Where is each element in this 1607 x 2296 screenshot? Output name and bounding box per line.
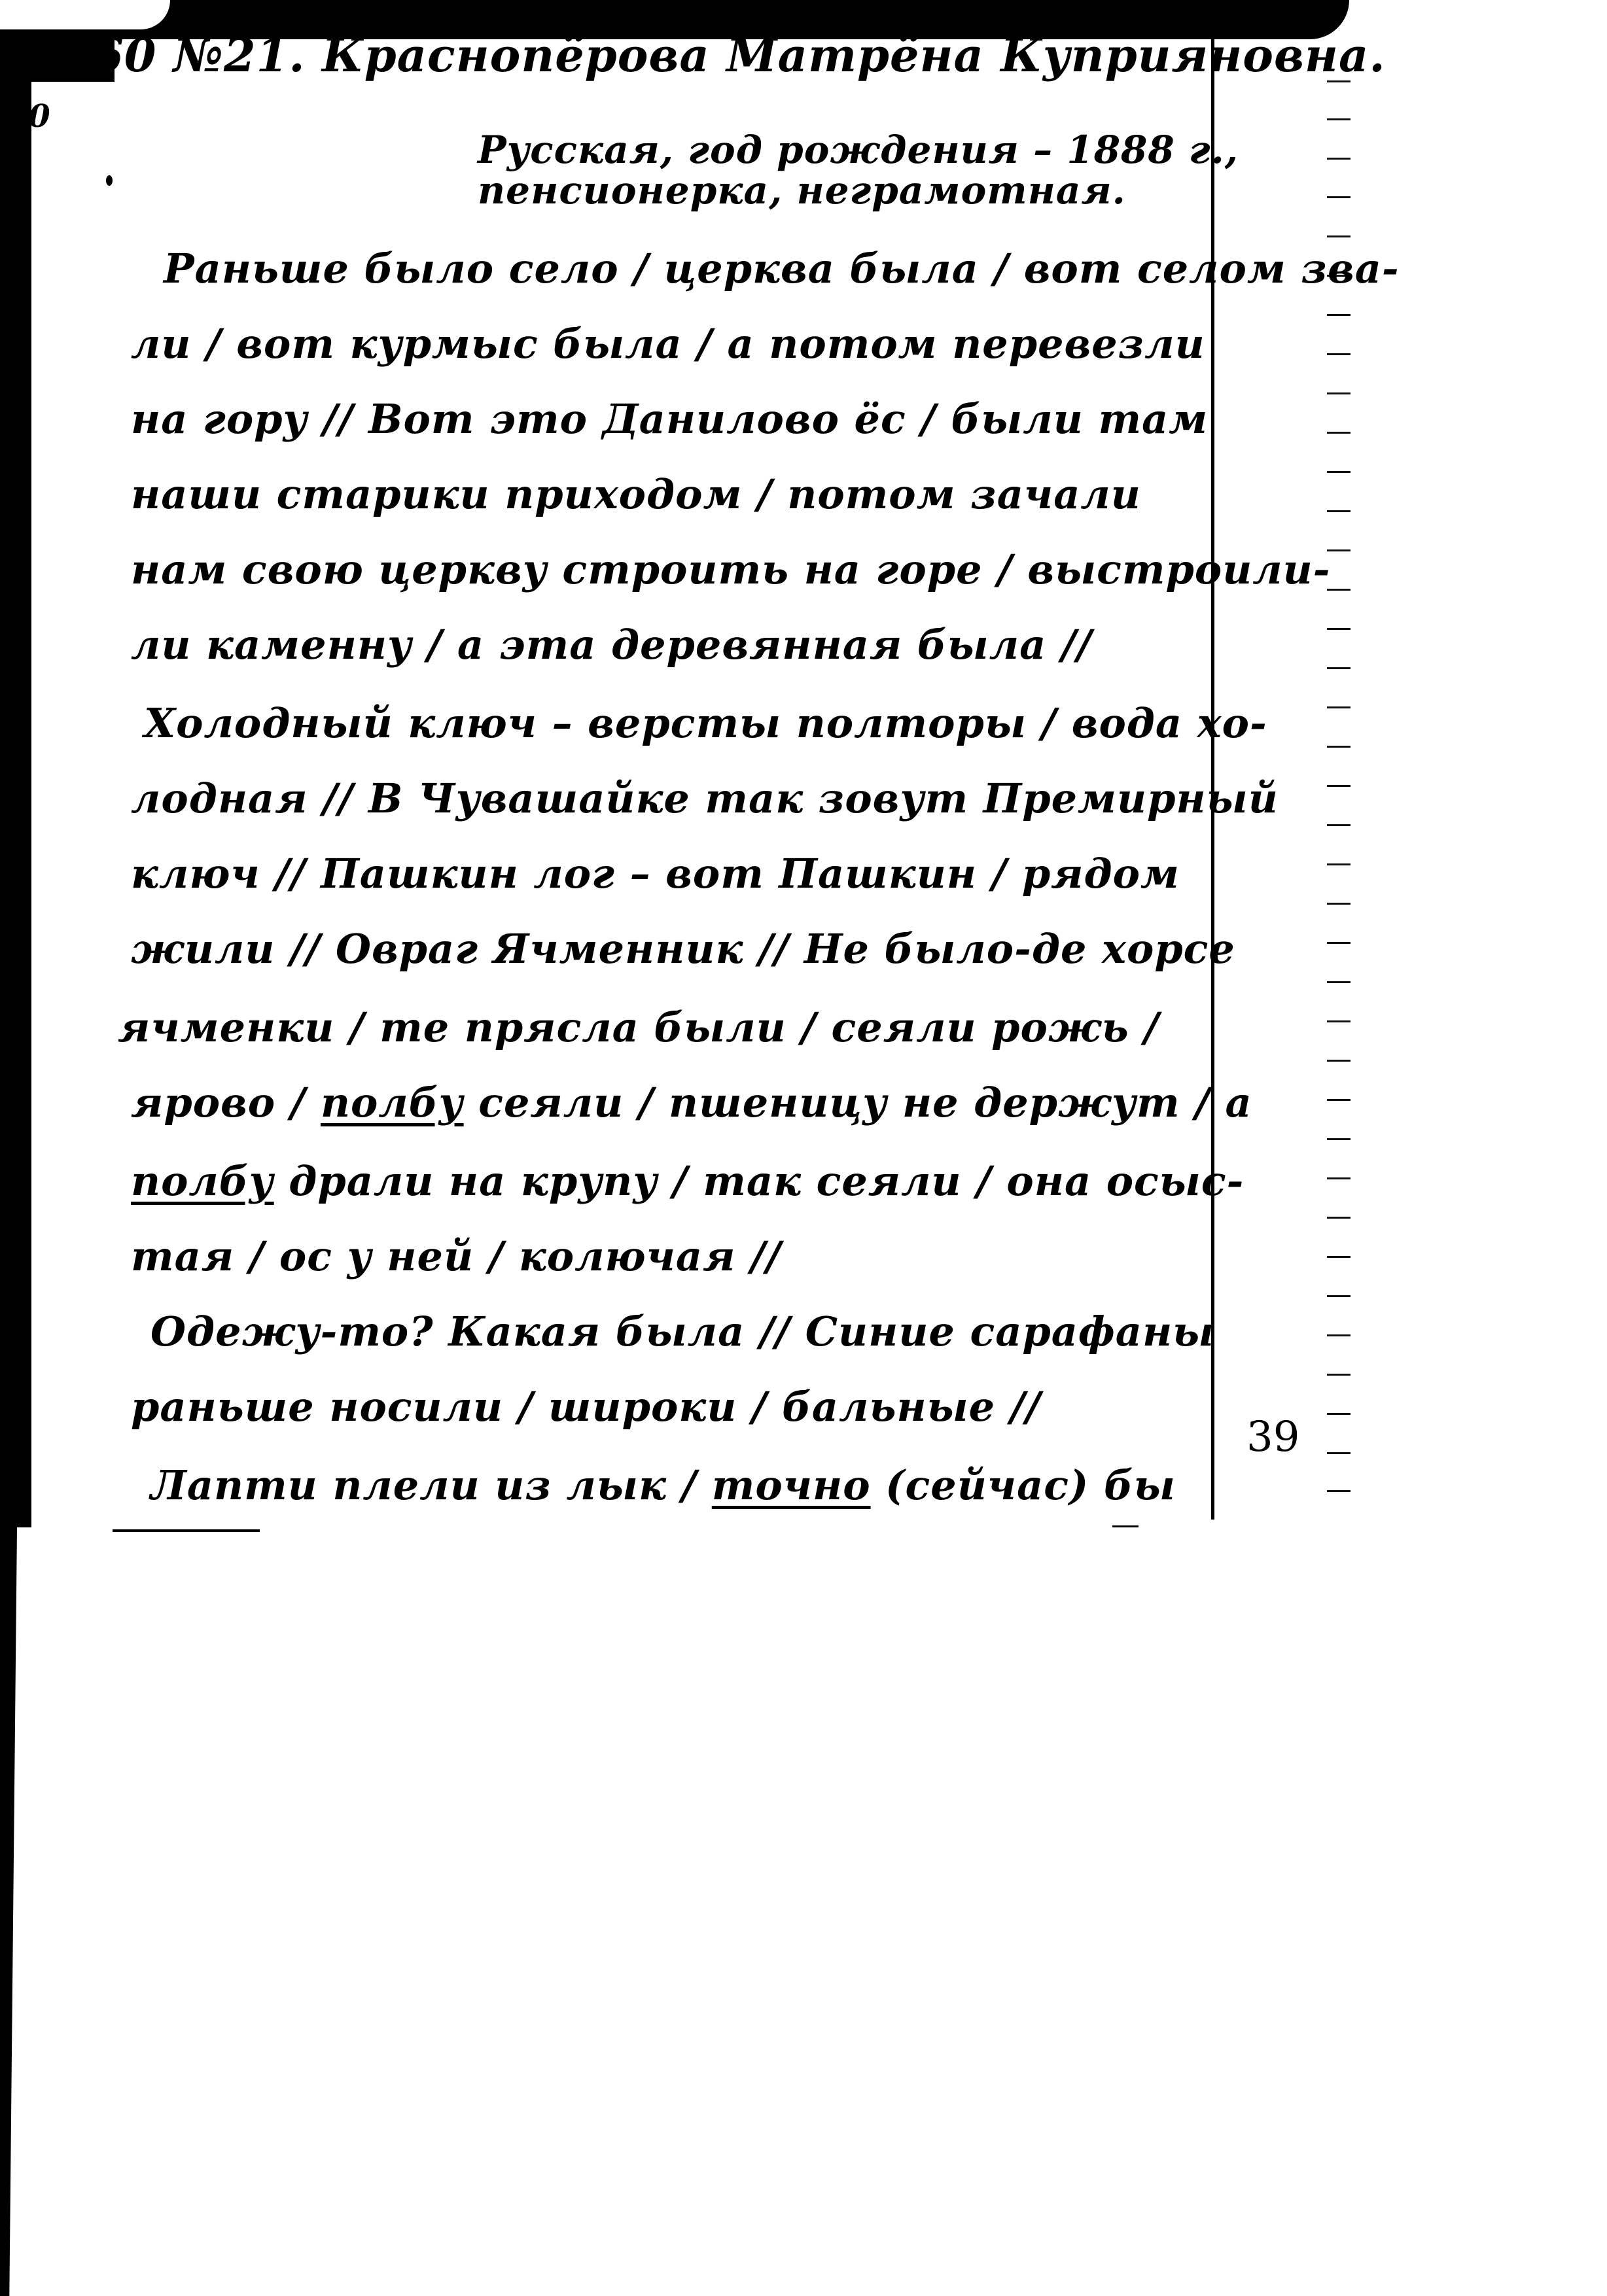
ruling-tick <box>1327 1452 1351 1454</box>
ruling-tick <box>1327 1177 1351 1179</box>
ruling-tick <box>1327 392 1351 394</box>
ruling-tick <box>1327 1413 1351 1415</box>
ruling-tick <box>1327 235 1351 237</box>
ruling-tick <box>1327 1217 1351 1219</box>
ink-dot <box>106 175 113 186</box>
ruling-tick <box>1327 1020 1351 1022</box>
transcript-line: ярово / полбу сеяли / пшеницу не держут … <box>131 1083 1252 1123</box>
ruling-tick <box>1327 118 1351 120</box>
ruling-tick <box>1327 510 1351 512</box>
document-title: 60 №21. Краснопёрова Матрёна Куприяновна… <box>92 33 1386 78</box>
transcript-line: жили // Овраг Ячменник // Не было-де хор… <box>131 929 1235 969</box>
ruling-tick <box>1327 1295 1351 1297</box>
transcript-line: ключ // Пашкин лог – вот Пашкин / рядом <box>131 854 1180 894</box>
speaker-meta-line-2: пенсионерка, неграмотная. <box>478 171 1126 209</box>
ruling-tick <box>1327 1256 1351 1258</box>
transcript-line: ли / вот курмыс была / а потом перевезли <box>131 324 1205 364</box>
page-bottom-rule <box>113 1529 260 1532</box>
ruling-tick <box>1327 1099 1351 1101</box>
ruling-tick <box>1327 196 1351 198</box>
underlined-word: полбу <box>321 1079 464 1126</box>
transcript-line: лодная // В Чувашайке так зовут Премирны… <box>131 778 1279 819</box>
ruling-tick <box>1327 471 1351 473</box>
scan-left-edge-shadow <box>0 39 31 1527</box>
transcript-line: Одежу-то? Какая была // Синие сарафаны <box>150 1312 1214 1352</box>
transcript-line: ли каменну / а эта деревянная была // <box>131 625 1092 665</box>
ruling-tick <box>1327 1490 1351 1492</box>
transcript-line: на гору // Вот это Данилово ёс / были та… <box>131 399 1208 440</box>
transcript-line: тая / ос у ней / колючая // <box>131 1236 781 1277</box>
ruling-tick <box>1327 942 1351 944</box>
ruling-tick <box>1327 706 1351 708</box>
transcript-line: Раньше было село / церква была / вот сел… <box>164 249 1400 289</box>
scan-left-edge-shadow-lower <box>0 1527 17 2296</box>
margin-right-page-number: 39 <box>1246 1413 1299 1461</box>
ruling-tick <box>1327 314 1351 316</box>
ruling-tick <box>1327 667 1351 669</box>
underlined-word: точно <box>712 1461 871 1509</box>
transcript-line: Лапти плели из лык / точно (сейчас) бы <box>150 1465 1176 1506</box>
ruling-tick <box>1327 903 1351 905</box>
ruling-tick <box>1327 432 1351 434</box>
ruling-tick <box>1327 746 1351 748</box>
transcript-line: ячменки / те прясла были / сеяли рожь / <box>118 1007 1159 1048</box>
page-bottom-mark <box>1112 1525 1139 1527</box>
speaker-meta-line-1: Русская, год рождения – 1888 г., <box>478 131 1239 169</box>
ruling-tick <box>1327 628 1351 630</box>
ruling-tick <box>1327 981 1351 983</box>
transcript-line: раньше носили / широки / бальные // <box>131 1387 1041 1427</box>
transcript-line: нам свою церкву строить на горе / выстро… <box>131 549 1331 590</box>
scan-top-shadow-gap <box>0 0 170 29</box>
ruling-tick <box>1327 824 1351 826</box>
ruling-tick <box>1327 785 1351 787</box>
ruling-tick <box>1327 1374 1351 1376</box>
ruling-tick <box>1327 863 1351 865</box>
ruling-tick <box>1327 158 1351 160</box>
transcript-line: полбу драли на крупу / так сеяли / она о… <box>131 1161 1244 1202</box>
transcript-line: Холодный ключ – версты полторы / вода хо… <box>144 703 1267 744</box>
transcript-line: наши старики приходом / потом зачали <box>131 474 1141 515</box>
margin-left-number: 20 <box>7 98 50 135</box>
ruling-tick <box>1327 353 1351 355</box>
ruling-tick <box>1327 1060 1351 1062</box>
ruling-tick <box>1327 1138 1351 1140</box>
ruling-tick <box>1327 1334 1351 1336</box>
underlined-word: полбу <box>131 1157 274 1205</box>
